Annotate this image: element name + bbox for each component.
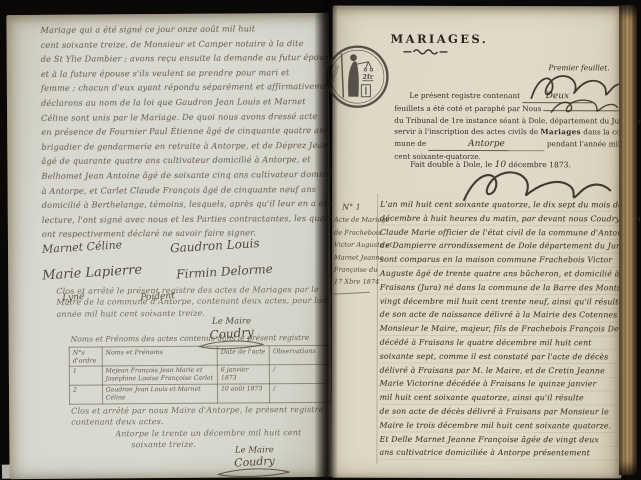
table-row: 1 Mejean François Jean Marie et Joséphin… (69, 364, 330, 385)
margin-note-line: Victor Auguste et (334, 239, 378, 252)
handwritten-line: de son acte de décès délivré à Fraisans … (380, 405, 620, 419)
final-closing-statement: Clos et arrêté par nous Maire d'Antorpe,… (71, 404, 331, 451)
closing-statement: Clos et arrêté le présent registre des a… (56, 284, 324, 320)
handwritten-line: vingt décembre mil huit cent trente neuf… (380, 294, 620, 308)
margin-note-line: N° 1 (334, 202, 378, 215)
page-title: MARIAGES. (391, 32, 489, 46)
handwritten-line: Monsieur le Maire, majeur, fils de Frach… (380, 322, 620, 336)
handwritten-line: mil huit cent soixante quatorze, ainsi q… (380, 391, 620, 405)
signature: Marie Lapierre (42, 263, 143, 284)
table-header-cell: Noms et Prénoms (102, 346, 217, 366)
cell-act-date: 10 août 1873 (217, 384, 269, 403)
book-gutter-shadow (314, 0, 338, 480)
margin-note-line: Françoise du (334, 264, 378, 277)
handwritten-line: domicilié à Berthelange, témoins, lesque… (42, 196, 324, 213)
handwritten-line: sont comparus en la maison commune Frach… (380, 253, 620, 267)
signature: Gaudron Louis (170, 236, 260, 255)
handwritten-insert-commune: Antorpe (429, 138, 545, 151)
handwritten-line: Maire de la commune d'Antorpe, contenant… (56, 295, 324, 308)
left-page: Mariage qui a été signé ce jour onze aoû… (6, 13, 331, 479)
handwritten-line: Auguste âgé de trente quatre ans bûchero… (380, 267, 620, 281)
handwritten-line: décembre à huit heures du matin, par dev… (380, 212, 620, 226)
handwritten-line: Claude Marie officier de l'état civil de… (380, 225, 620, 239)
printed-register-paragraph: Le présent registre contenant Deux feuil… (394, 90, 622, 163)
handwritten-line: Clos et arrêté par nous Maire d'Antorpe,… (71, 404, 331, 417)
table-header-row: N°s d'ordreNoms et PrénomsDate de l'acte… (69, 345, 330, 366)
paragraph-line: servir à l'inscription des actes civils … (394, 126, 622, 138)
handwritten-line: décédé à Fraisans le quatre décembre mil… (380, 336, 620, 350)
cell-names: Gaudron Jean Louis et Marnet Céline (102, 384, 217, 404)
cell-names: Mejean François Jean Marie et Joséphine … (102, 365, 217, 385)
handwritten-line: ans cultivatrice domiciliée à Antorpe pr… (379, 446, 619, 460)
mayor-signoff-final: Le Maire Coudry (215, 445, 293, 479)
stamp-value: 2fr (362, 73, 373, 81)
table-header-cell: N°s d'ordre (69, 347, 102, 366)
handwritten-line: délivré à Fraisans par M. le Maire, et d… (380, 363, 620, 377)
right-act-text: L'an mil huit cent soixante quatorze, le… (379, 198, 620, 461)
table-header-cell: Date de l'acte (217, 346, 269, 365)
print-text: mune de (394, 138, 426, 147)
handwritten-line: Belhomet Jean Antoine âgé de soixante ci… (41, 167, 323, 184)
left-act-text: Mariage qui a été signé ce jour onze aoû… (40, 21, 324, 242)
book-fore-edge (619, 5, 637, 475)
cell-order-number: 1 (69, 366, 102, 385)
handwritten-line: Maire le trois décembre mil huit cent so… (380, 418, 620, 432)
handwritten-line: Fraisans (Jura) né dans la commune de la… (380, 281, 620, 295)
print-text: Le présent registre contenant (409, 91, 520, 100)
print-text: feuillets a été coté et paraphé par Nous (394, 104, 541, 113)
handwritten-line: Antorpe le trente un décembre mil huit c… (115, 426, 331, 439)
handwritten-line: L'an mil huit cent soixante quatorze, le… (380, 198, 620, 212)
handwritten-line: Et Delle Marnet Jeanne Françoise âgée de… (379, 432, 619, 446)
paraph-scrawl-icon (550, 97, 620, 119)
cell-order-number: 2 (69, 385, 102, 404)
handwritten-line: déclarons au nom de la loi que Gaudron J… (41, 94, 323, 111)
handwritten-line: soixante sept, comme il est constaté par… (380, 350, 620, 364)
margin-note-line: Acte de Mariage (334, 214, 378, 227)
print-text: servir à l'inscription des actes civils … (394, 127, 538, 136)
cell-act-date: 6 janvier 1873 (217, 365, 269, 384)
handwritten-line: en présence de Fournier Paul Étienne âgé… (41, 123, 323, 140)
signature: Firmin Delorme (176, 262, 273, 282)
handwritten-line: Marie Victorine décédée à Fraisans le qu… (380, 377, 620, 391)
register-book-scan: Mariage qui a été signé ce jour onze aoû… (0, 0, 641, 480)
margin-note-line: Marnet Jeanne (334, 251, 378, 264)
table-title: Noms et Prénoms des actes contenus dans … (71, 333, 310, 344)
margin-note-line: de Frachebois (334, 226, 378, 239)
handwritten-line: de St Ylie Dambier ; avons reçu ensuite … (41, 50, 323, 67)
handwritten-line: de Dampierre arrondissement de Dole dépa… (380, 239, 620, 253)
paragraph-line: mune de Antorpe pendant l'année mil huit (394, 137, 622, 151)
handwritten-line: année mil huit cent soixante treize. (56, 307, 324, 320)
right-page: MARIAGES. 2fr TIMBRE Premier feuillet. L (331, 6, 622, 479)
margin-annotation: N° 1Acte de Mariagede FracheboisVictor A… (334, 202, 378, 294)
paragraph-line: feuillets a été coté et paraphé par Nous (394, 103, 622, 115)
signature: Marnet Céline (42, 238, 123, 256)
handwritten-line: lecture, l'ont signé avec nous et les Pa… (42, 211, 324, 228)
margin-note-line: 17 Xbre 1874 (334, 276, 378, 289)
table-row: 2 Gaudron Jean Louis et Marnet Céline 10… (69, 383, 330, 404)
acts-summary-table: N°s d'ordreNoms et PrénomsDate de l'acte… (69, 345, 331, 405)
handwritten-line: de son acte de naissance délivré à la Ma… (380, 308, 620, 322)
decorative-rule-icon (402, 48, 450, 56)
print-bold-mariages: Mariages (541, 127, 581, 136)
